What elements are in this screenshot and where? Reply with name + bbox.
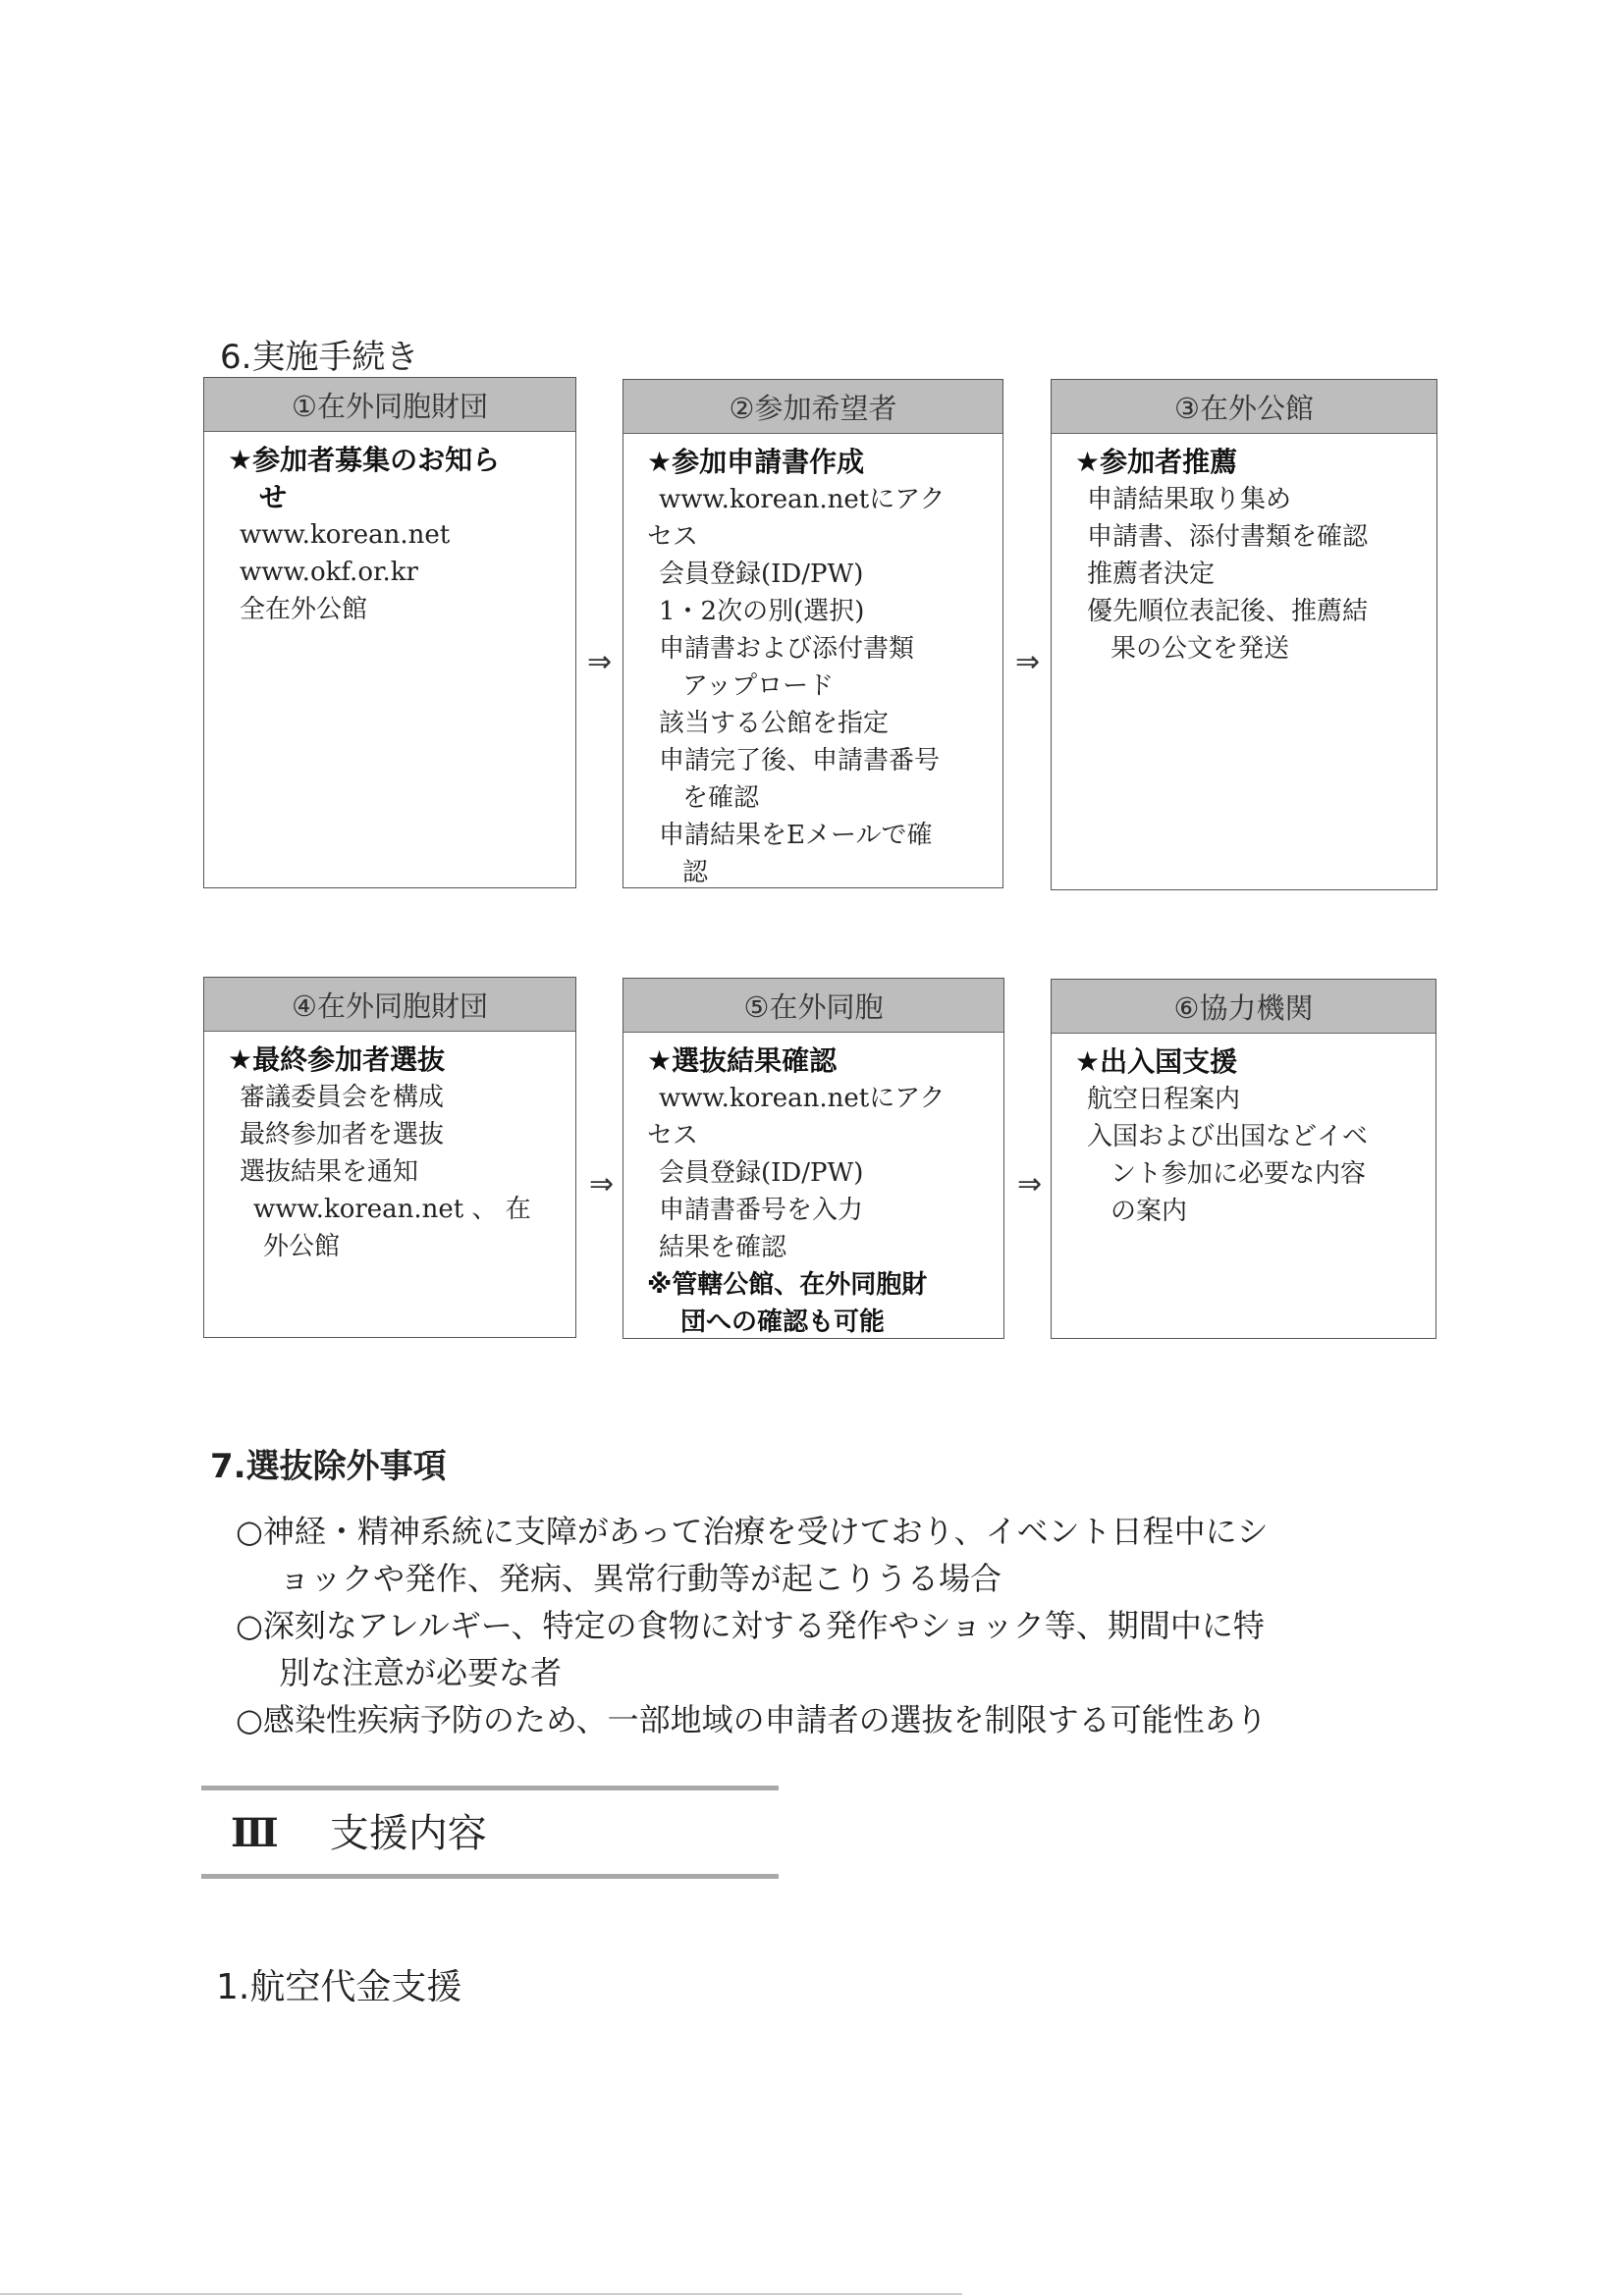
exclusion-item-3: ○感染性疾病予防のため、一部地域の申請者の選抜を制限する可能性あり <box>236 1696 1268 1743</box>
body-line: アップロード <box>647 667 989 705</box>
body-line: 最終参加者を選抜 <box>228 1116 562 1153</box>
body-line: 認 <box>647 854 989 891</box>
arrow-right-icon: ⇒ <box>587 648 612 677</box>
flow-box-4: ④在外同胞財団 ★最終参加者選抜 審議委員会を構成 最終参加者を選抜 選抜結果を… <box>203 977 576 1338</box>
exclusion-line: ○神経・精神系統に支障があって治療を受けており、イベント日程中にシ <box>236 1513 1269 1550</box>
chapter-title: Ⅲ支援内容 <box>231 1802 487 1858</box>
exclusion-line-cont: ョックや発作、発病、異常行動等が起こりうる場合 <box>236 1555 1269 1602</box>
body-line: 申請結果をEメールで確 <box>647 817 989 854</box>
body-line: www.korean.netにアク <box>647 1080 990 1117</box>
body-line: の案内 <box>1075 1193 1422 1230</box>
flow-box-3-title: ★参加者推薦 <box>1075 444 1423 481</box>
body-line: セス <box>647 518 989 556</box>
body-line: www.korean.net <box>228 516 562 554</box>
body-line: 申請書、添付書類を確認 <box>1075 518 1423 556</box>
section-iii-1-heading: 1.航空代金支援 <box>216 1959 461 2009</box>
exclusion-line-cont: 別な注意が必要な者 <box>236 1649 1265 1696</box>
section-6-heading: 6.実施手続き <box>220 330 418 378</box>
arrow-right-icon: ⇒ <box>1017 1170 1042 1200</box>
body-line: 推薦者決定 <box>1075 556 1423 593</box>
body-line: www.korean.net 、 在 <box>228 1191 562 1228</box>
flow-box-1: ①在外同胞財団 ★参加者募集のお知ら せ www.korean.net www.… <box>203 377 576 888</box>
exclusion-line: ○深刻なアレルギー、特定の食物に対する発作やショック等、期間中に特 <box>236 1607 1265 1644</box>
body-line: ント参加に必要な内容 <box>1075 1155 1422 1193</box>
body-line: 航空日程案内 <box>1075 1081 1422 1118</box>
flow-box-4-title: ★最終参加者選抜 <box>228 1041 562 1079</box>
note-line: ※管轄公館、在外同胞財 <box>647 1266 990 1304</box>
body-line: 結果を確認 <box>647 1229 990 1266</box>
exclusion-line: ○感染性疾病予防のため、一部地域の申請者の選抜を制限する可能性あり <box>236 1701 1268 1738</box>
exclusion-item-2: ○深刻なアレルギー、特定の食物に対する発作やショック等、期間中に特 別な注意が必… <box>236 1602 1265 1696</box>
flow-box-5: ⑤在外同胞 ★選抜結果確認 www.korean.netにアク セス 会員登録(… <box>623 978 1004 1339</box>
flow-box-1-title: ★参加者募集のお知ら せ <box>228 442 562 516</box>
flow-box-1-header: ①在外同胞財団 <box>204 378 575 432</box>
body-line: 会員登録(ID/PW) <box>647 556 989 593</box>
flow-box-4-header: ④在外同胞財団 <box>204 978 575 1032</box>
title-line-cont: せ <box>228 479 562 516</box>
exclusion-item-1: ○神経・精神系統に支障があって治療を受けており、イベント日程中にシ ョックや発作… <box>236 1508 1269 1602</box>
body-line: セス <box>647 1117 990 1154</box>
body-line: www.okf.or.kr <box>228 554 562 591</box>
section-7-heading: 7.選抜除外事項 <box>210 1439 447 1487</box>
body-line: 申請結果取り集め <box>1075 481 1423 518</box>
flow-box-2-title: ★参加申請書作成 <box>647 444 989 481</box>
body-line: 果の公文を発送 <box>1075 630 1423 667</box>
chapter-rule-top <box>201 1786 779 1790</box>
body-line: 申請完了後、申請書番号 <box>647 742 989 779</box>
flow-box-2: ②参加希望者 ★参加申請書作成 www.korean.netにアク セス 会員登… <box>623 379 1003 888</box>
note-line: 団への確認も可能 <box>647 1304 990 1341</box>
body-line: 1・2次の別(選択) <box>647 593 989 630</box>
flow-box-3-header: ③在外公館 <box>1052 380 1436 434</box>
arrow-right-icon: ⇒ <box>589 1170 614 1200</box>
chapter-numeral: Ⅲ <box>231 1810 279 1856</box>
arrow-right-icon: ⇒ <box>1015 648 1040 677</box>
body-line: 優先順位表記後、推薦結 <box>1075 593 1423 630</box>
body-line: 審議委員会を構成 <box>228 1079 562 1116</box>
body-line: 全在外公館 <box>228 591 562 628</box>
title-line: ★参加者募集のお知ら <box>228 444 500 476</box>
chapter-title-text: 支援内容 <box>330 1811 487 1856</box>
chapter-rule-bottom <box>201 1874 779 1879</box>
body-line: www.korean.netにアク <box>647 481 989 518</box>
body-line: 選抜結果を通知 <box>228 1153 562 1191</box>
scan-edge-line <box>0 2293 962 2295</box>
flow-box-5-title: ★選抜結果確認 <box>647 1042 990 1080</box>
body-line: 入国および出国などイベ <box>1075 1118 1422 1155</box>
flow-box-2-header: ②参加希望者 <box>623 380 1002 434</box>
body-line: 申請書および添付書類 <box>647 630 989 667</box>
flow-box-3: ③在外公館 ★参加者推薦 申請結果取り集め 申請書、添付書類を確認 推薦者決定 … <box>1051 379 1437 890</box>
flow-box-5-header: ⑤在外同胞 <box>623 979 1003 1033</box>
flow-box-6-header: ⑥協力機関 <box>1052 980 1435 1034</box>
body-line: 該当する公館を指定 <box>647 705 989 742</box>
flow-box-6: ⑥協力機関 ★出入国支援 航空日程案内 入国および出国などイベ ント参加に必要な… <box>1051 979 1436 1339</box>
body-line: 申請書番号を入力 <box>647 1192 990 1229</box>
body-line: 会員登録(ID/PW) <box>647 1154 990 1192</box>
flow-box-6-title: ★出入国支援 <box>1075 1043 1422 1081</box>
body-line: を確認 <box>647 779 989 817</box>
body-line: 外公館 <box>228 1228 562 1265</box>
